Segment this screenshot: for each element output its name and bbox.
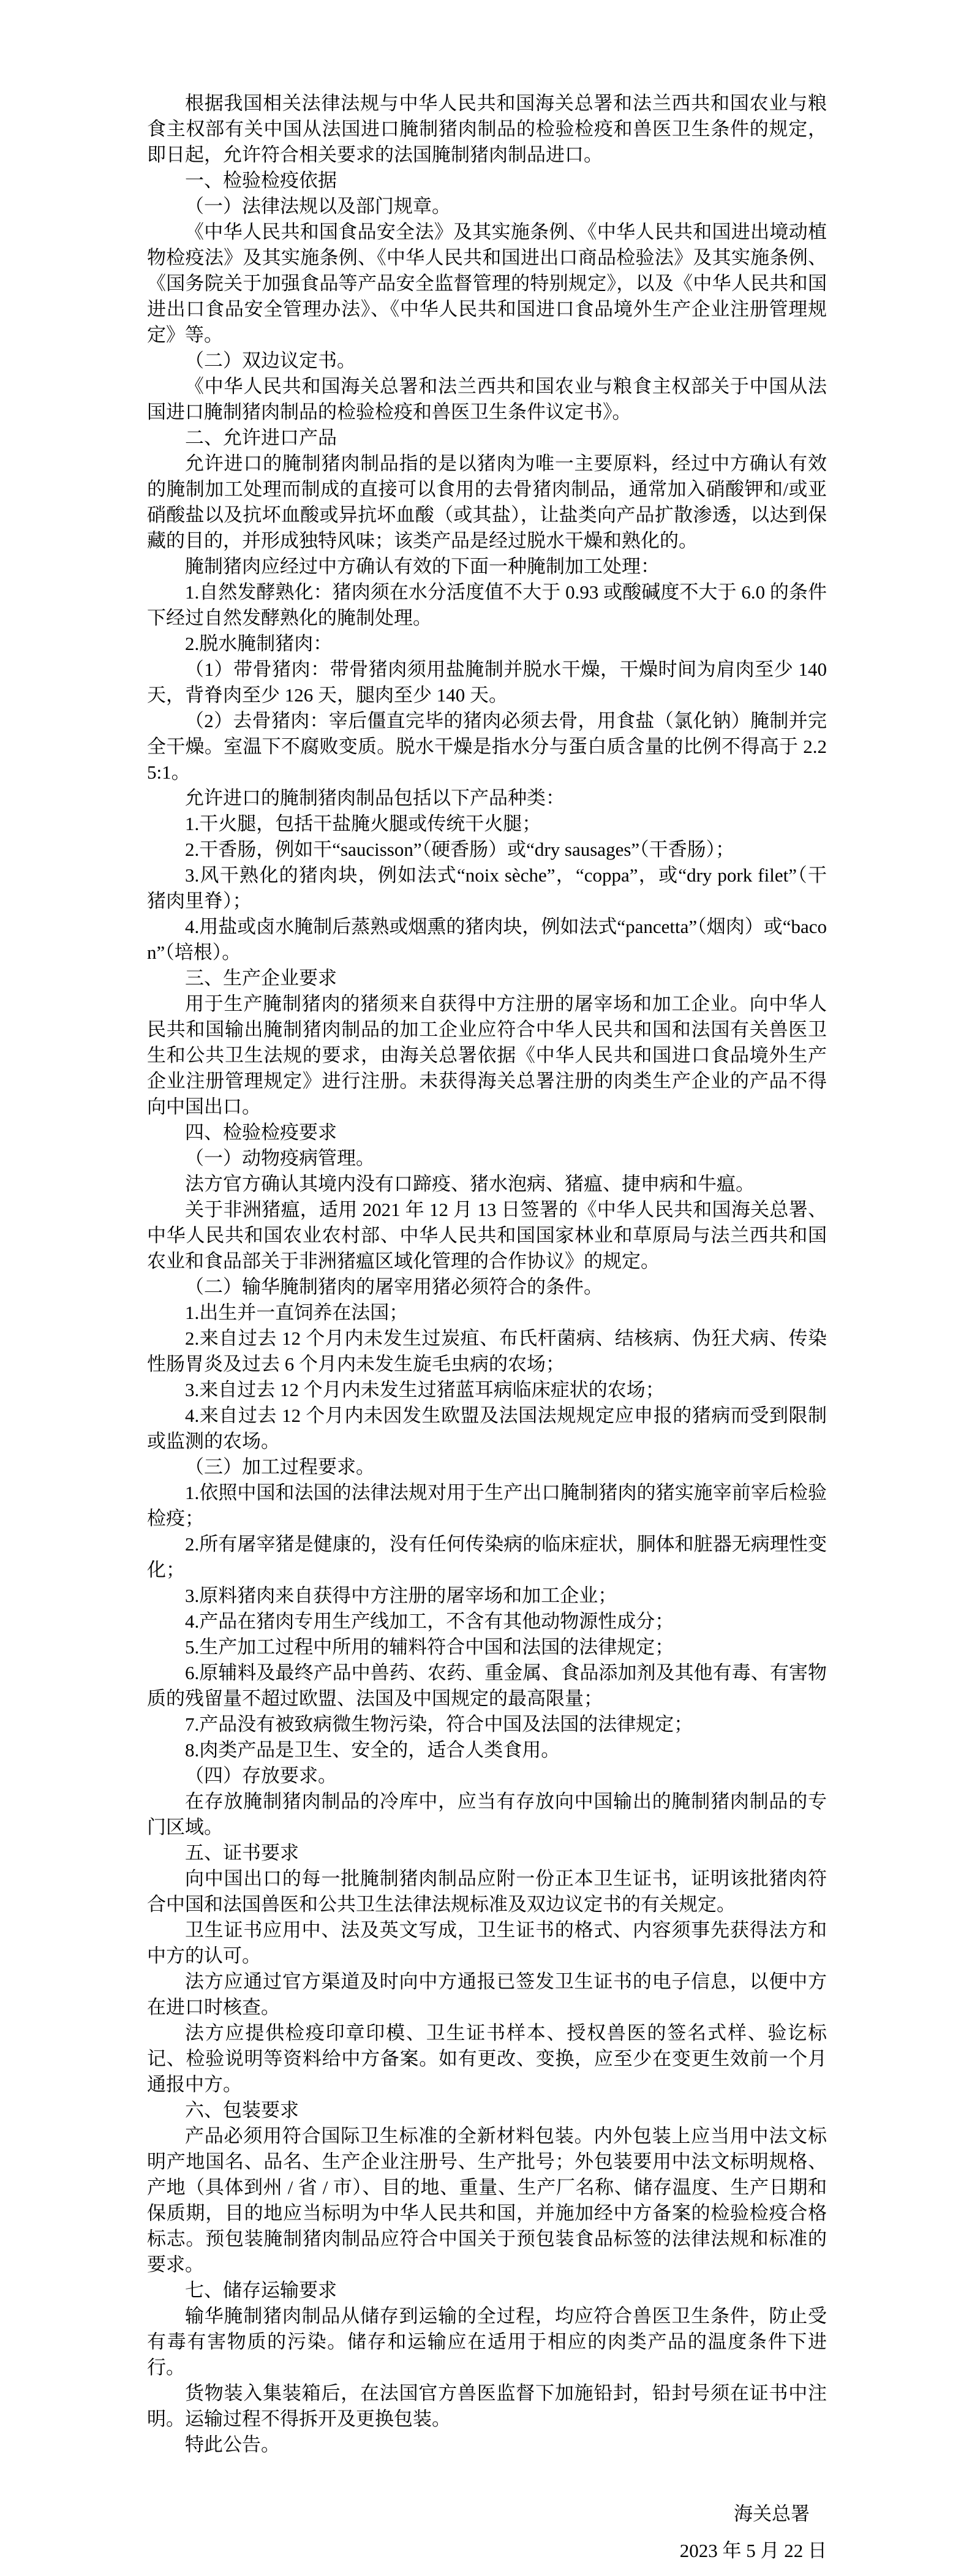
paragraph: 允许进口的腌制猪肉制品包括以下产品种类： — [147, 785, 827, 811]
paragraph: 二、允许进口产品 — [147, 425, 827, 451]
paragraph: 《中华人民共和国食品安全法》及其实施条例、《中华人民共和国进出境动植物检疫法》及… — [147, 219, 827, 348]
paragraph: 特此公告。 — [147, 2432, 827, 2458]
paragraph: 2.干香肠，例如干“saucisson”（硬香肠）或“dry sausages”… — [147, 837, 827, 863]
paragraph: 五、证书要求 — [147, 1840, 827, 1866]
paragraph: 四、检验检疫要求 — [147, 1120, 827, 1146]
paragraph: 4.用盐或卤水腌制后蒸熟或烟熏的猪肉块，例如法式“pancetta”（烟肉）或“… — [147, 914, 827, 965]
paragraph: （四）存放要求。 — [147, 1763, 827, 1789]
paragraph: 产品必须用符合国际卫生标准的全新材料包装。内外包装上应当用中法文标明产地国名、品… — [147, 2123, 827, 2278]
paragraph: 腌制猪肉应经过中方确认有效的下面一种腌制加工处理： — [147, 554, 827, 580]
paragraph: （三）加工过程要求。 — [147, 1454, 827, 1480]
paragraph: 法方应通过官方渠道及时向中方通报已签发卫生证书的电子信息，以便中方在进口时核查。 — [147, 1969, 827, 2020]
paragraph: 1.出生并一直饲养在法国； — [147, 1300, 827, 1326]
announcement-page: 根据我国相关法律法规与中华人民共和国海关总署和法兰西共和国农业与粮食主权部有关中… — [0, 0, 972, 2576]
paragraph: 2.来自过去 12 个月内未发生过炭疽、布氏杆菌病、结核病、伪狂犬病、传染性肠胃… — [147, 1326, 827, 1377]
paragraph: 一、检验检疫依据 — [147, 168, 827, 194]
paragraph: 1.干火腿，包括干盐腌火腿或传统干火腿； — [147, 811, 827, 837]
paragraph: 4.产品在猪肉专用生产线加工，不含有其他动物源性成分； — [147, 1609, 827, 1634]
paragraph: 3.来自过去 12 个月内未发生过猪蓝耳病临床症状的农场； — [147, 1377, 827, 1403]
paragraph: 4.来自过去 12 个月内未因发生欧盟及法国法规规定应申报的猪病而受到限制或监测… — [147, 1403, 827, 1454]
paragraph: 8.肉类产品是卫生、安全的，适合人类食用。 — [147, 1737, 827, 1763]
paragraph: 2.脱水腌制猪肉： — [147, 631, 827, 657]
paragraph: 3.风干熟化的猪肉块，例如法式“noix sèche”，“coppa”，或“dr… — [147, 863, 827, 914]
paragraph: （二）输华腌制猪肉的屠宰用猪必须符合的条件。 — [147, 1274, 827, 1300]
paragraph: 法方应提供检疫印章印模、卫生证书样本、授权兽医的签名式样、验讫标记、检验说明等资… — [147, 2020, 827, 2098]
paragraph: 六、包装要求 — [147, 2098, 827, 2123]
paragraph: 3.原料猪肉来自获得中方注册的屠宰场和加工企业； — [147, 1583, 827, 1609]
paragraph: 卫生证书应用中、法及英文写成，卫生证书的格式、内容须事先获得法方和中方的认可。 — [147, 1917, 827, 1969]
paragraph: 7.产品没有被致病微生物污染，符合中国及法国的法律规定； — [147, 1712, 827, 1737]
paragraph: 允许进口的腌制猪肉制品指的是以猪肉为唯一主要原料，经过中方确认有效的腌制加工处理… — [147, 451, 827, 554]
paragraph: 在存放腌制猪肉制品的冷库中，应当有存放向中国输出的腌制猪肉制品的专门区域。 — [147, 1789, 827, 1840]
paragraph: 根据我国相关法律法规与中华人民共和国海关总署和法兰西共和国农业与粮食主权部有关中… — [147, 91, 827, 168]
paragraph: 货物装入集装箱后，在法国官方兽医监督下加施铅封，铅封号须在证书中注明。运输过程不… — [147, 2381, 827, 2432]
paragraph: 2.所有屠宰猪是健康的，没有任何传染病的临床症状，胴体和脏器无病理性变化； — [147, 1532, 827, 1583]
paragraph: 向中国出口的每一批腌制猪肉制品应附一份正本卫生证书，证明该批猪肉符合中国和法国兽… — [147, 1866, 827, 1917]
paragraph: （二）双边议定书。 — [147, 348, 827, 374]
paragraph: 5.生产加工过程中所用的辅料符合中国和法国的法律规定； — [147, 1634, 827, 1660]
paragraph: （1）带骨猪肉：带骨猪肉须用盐腌制并脱水干燥，干燥时间为肩肉至少 140 天，背… — [147, 657, 827, 708]
signature-date: 2023 年 5 月 22 日 — [147, 2533, 827, 2569]
paragraph: 6.原辅料及最终产品中兽药、农药、重金属、食品添加剂及其他有毒、有害物质的残留量… — [147, 1660, 827, 1712]
paragraph: （一）法律法规以及部门规章。 — [147, 194, 827, 219]
paragraph: （2）去骨猪肉：宰后僵直完毕的猪肉必须去骨，用食盐（氯化钠）腌制并完全干燥。室温… — [147, 708, 827, 785]
paragraph: 1.自然发酵熟化：猪肉须在水分活度值不大于 0.93 或酸碱度不大于 6.0 的… — [147, 580, 827, 631]
paragraph: 输华腌制猪肉制品从储存到运输的全过程，均应符合兽医卫生条件，防止受有毒有害物质的… — [147, 2303, 827, 2381]
document-body: 根据我国相关法律法规与中华人民共和国海关总署和法兰西共和国农业与粮食主权部有关中… — [147, 91, 827, 2569]
paragraph: 七、储存运输要求 — [147, 2278, 827, 2303]
paragraph: （一）动物疫病管理。 — [147, 1146, 827, 1171]
paragraph: 关于非洲猪瘟，适用 2021 年 12 月 13 日签署的《中华人民共和国海关总… — [147, 1197, 827, 1274]
paragraph: 1.依照中国和法国的法律法规对用于生产出口腌制猪肉的猪实施宰前宰后检验检疫； — [147, 1480, 827, 1532]
paragraph: 法方官方确认其境内没有口蹄疫、猪水泡病、猪瘟、捷申病和牛瘟。 — [147, 1171, 827, 1197]
paragraph: 三、生产企业要求 — [147, 965, 827, 991]
paragraph: 《中华人民共和国海关总署和法兰西共和国农业与粮食主权部关于中国从法国进口腌制猪肉… — [147, 374, 827, 425]
signature-org: 海关总署 — [147, 2496, 827, 2533]
signature-block: 海关总署 2023 年 5 月 22 日 — [147, 2496, 827, 2569]
paragraph: 用于生产腌制猪肉的猪须来自获得中方注册的屠宰场和加工企业。向中华人民共和国输出腌… — [147, 991, 827, 1120]
